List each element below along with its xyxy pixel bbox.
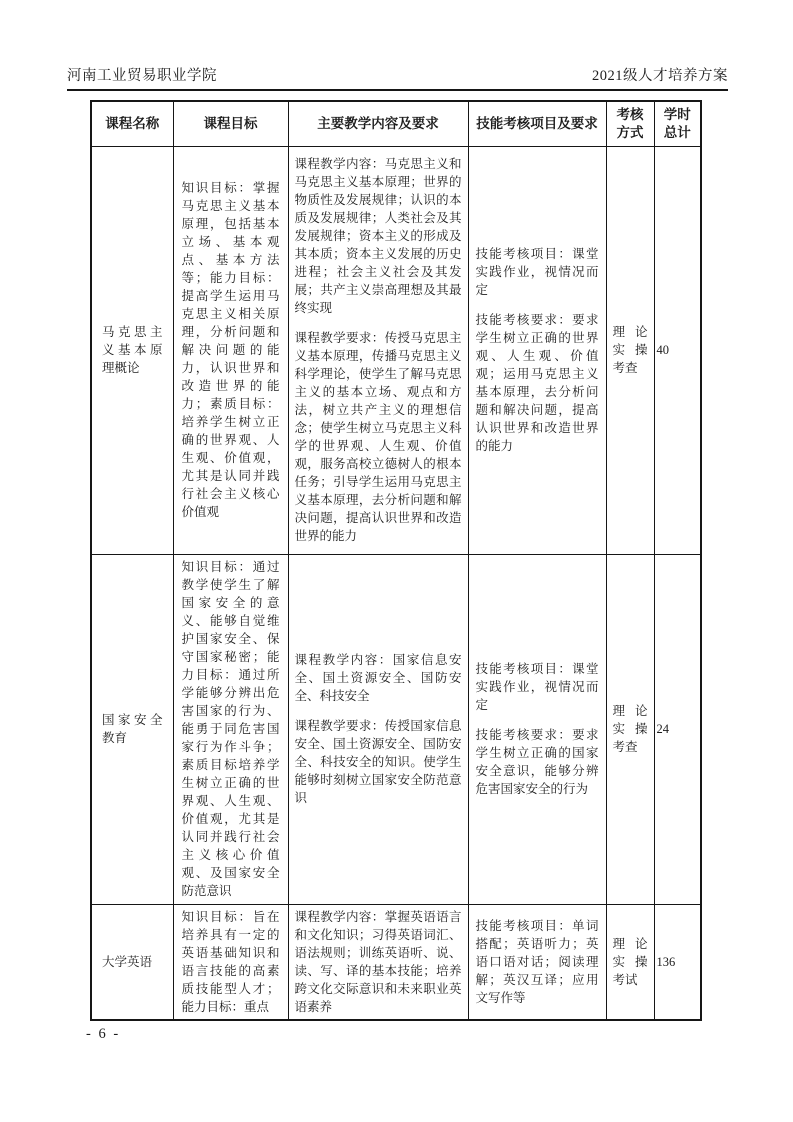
table-row-marxism: 马克思主义基本原理概论 知识目标：掌握马克思主义基本原理，包括基本立场、基本观点… xyxy=(91,146,701,554)
cell-total-hours: 40 xyxy=(654,146,701,554)
table-header-row: 课程名称 课程目标 主要教学内容及要求 技能考核项目及要求 考核方式 学时总计 xyxy=(91,101,701,146)
assessment-requirement-paragraph: 技能考核要求：要求学生树立正确的国家安全意识，能够分辨危害国家安全的行为 xyxy=(476,726,599,798)
cell-course-objectives: 知识目标：通过教学使学生了解国家安全的意义、能够自觉维护国家安全、保守国家秘密；… xyxy=(173,554,288,904)
header-plan-title: 2021级人才培养方案 xyxy=(592,64,728,85)
assessment-item-paragraph: 技能考核项目：课堂实践作业，视情况而定 xyxy=(476,245,599,299)
col-header-skill-assessment: 技能考核项目及要求 xyxy=(468,101,606,146)
teaching-content-paragraph: 课程教学内容：国家信息安全、国土资源安全、国防安全、科技安全 xyxy=(295,651,462,705)
page-footer: - 6 - xyxy=(86,1026,120,1043)
cell-teaching-content: 课程教学内容：国家信息安全、国土资源安全、国防安全、科技安全 课程教学要求：传授… xyxy=(288,554,468,904)
cell-skill-assessment: 技能考核项目：课堂实践作业，视情况而定 技能考核要求：要求学生树立正确的世界观、… xyxy=(468,146,606,554)
col-header-total-hours: 学时总计 xyxy=(654,101,701,146)
cell-assessment-method: 理论实操考试 xyxy=(606,904,654,1020)
assessment-item-paragraph: 技能考核项目：单词搭配；英语听力；英语口语对话；阅读理解；英汉互译；应用文写作等 xyxy=(476,917,599,1007)
teaching-content-paragraph: 课程教学内容：马克思主义和马克思主义基本原理；世界的物质性及发展规律；认识的本质… xyxy=(295,155,462,317)
cell-total-hours: 24 xyxy=(654,554,701,904)
cell-course-objectives: 知识目标：旨在培养具有一定的英语基础知识和语言技能的高素质技能型人才；能力目标：… xyxy=(173,904,288,1020)
assessment-item-paragraph: 技能考核项目：课堂实践作业，视情况而定 xyxy=(476,660,599,714)
table-row-national-security: 国家安全教育 知识目标：通过教学使学生了解国家安全的意义、能够自觉维护国家安全、… xyxy=(91,554,701,904)
col-header-assessment-method: 考核方式 xyxy=(606,101,654,146)
table-row-college-english: 大学英语 知识目标：旨在培养具有一定的英语基础知识和语言技能的高素质技能型人才；… xyxy=(91,904,701,1020)
cell-assessment-method: 理论实操考查 xyxy=(606,146,654,554)
page-header: 河南工业贸易职业学院 2021级人才培养方案 xyxy=(67,64,728,91)
cell-teaching-content: 课程教学内容：掌握英语语言和文化知识；习得英语词汇、语法规则；训练英语听、说、读… xyxy=(288,904,468,1020)
cell-course-name: 马克思主义基本原理概论 xyxy=(91,146,173,554)
cell-course-name: 大学英语 xyxy=(91,904,173,1020)
cell-assessment-method: 理论实操考查 xyxy=(606,554,654,904)
col-header-course-name: 课程名称 xyxy=(91,101,173,146)
cell-total-hours: 136 xyxy=(654,904,701,1020)
col-header-course-objectives: 课程目标 xyxy=(173,101,288,146)
teaching-content-paragraph: 课程教学内容：掌握英语语言和文化知识；习得英语词汇、语法规则；训练英语听、说、读… xyxy=(295,908,462,1016)
teaching-requirement-paragraph: 课程教学要求：传授马克思主义基本原理，传播马克思主义科学理论，使学生了解马克思主… xyxy=(295,329,462,545)
course-table: 课程名称 课程目标 主要教学内容及要求 技能考核项目及要求 考核方式 学时总计 … xyxy=(90,100,702,1021)
assessment-requirement-paragraph: 技能考核要求：要求学生树立正确的世界观、人生观、价值观；运用马克思主义基本原理，… xyxy=(476,311,599,455)
cell-skill-assessment: 技能考核项目：单词搭配；英语听力；英语口语对话；阅读理解；英汉互译；应用文写作等 xyxy=(468,904,606,1020)
cell-course-name: 国家安全教育 xyxy=(91,554,173,904)
cell-skill-assessment: 技能考核项目：课堂实践作业，视情况而定 技能考核要求：要求学生树立正确的国家安全… xyxy=(468,554,606,904)
header-school-name: 河南工业贸易职业学院 xyxy=(67,64,217,85)
teaching-requirement-paragraph: 课程教学要求：传授国家信息安全、国土资源安全、国防安全、科技安全的知识。使学生能… xyxy=(295,717,462,807)
col-header-teaching-content: 主要教学内容及要求 xyxy=(288,101,468,146)
document-page: 河南工业贸易职业学院 2021级人才培养方案 课程名称 课程目标 主要教学内容及… xyxy=(0,0,793,1122)
page-number: - 6 - xyxy=(86,1026,120,1042)
cell-course-objectives: 知识目标：掌握马克思主义基本原理，包括基本立场、基本观点、基本方法等；能力目标：… xyxy=(173,146,288,554)
cell-teaching-content: 课程教学内容：马克思主义和马克思主义基本原理；世界的物质性及发展规律；认识的本质… xyxy=(288,146,468,554)
